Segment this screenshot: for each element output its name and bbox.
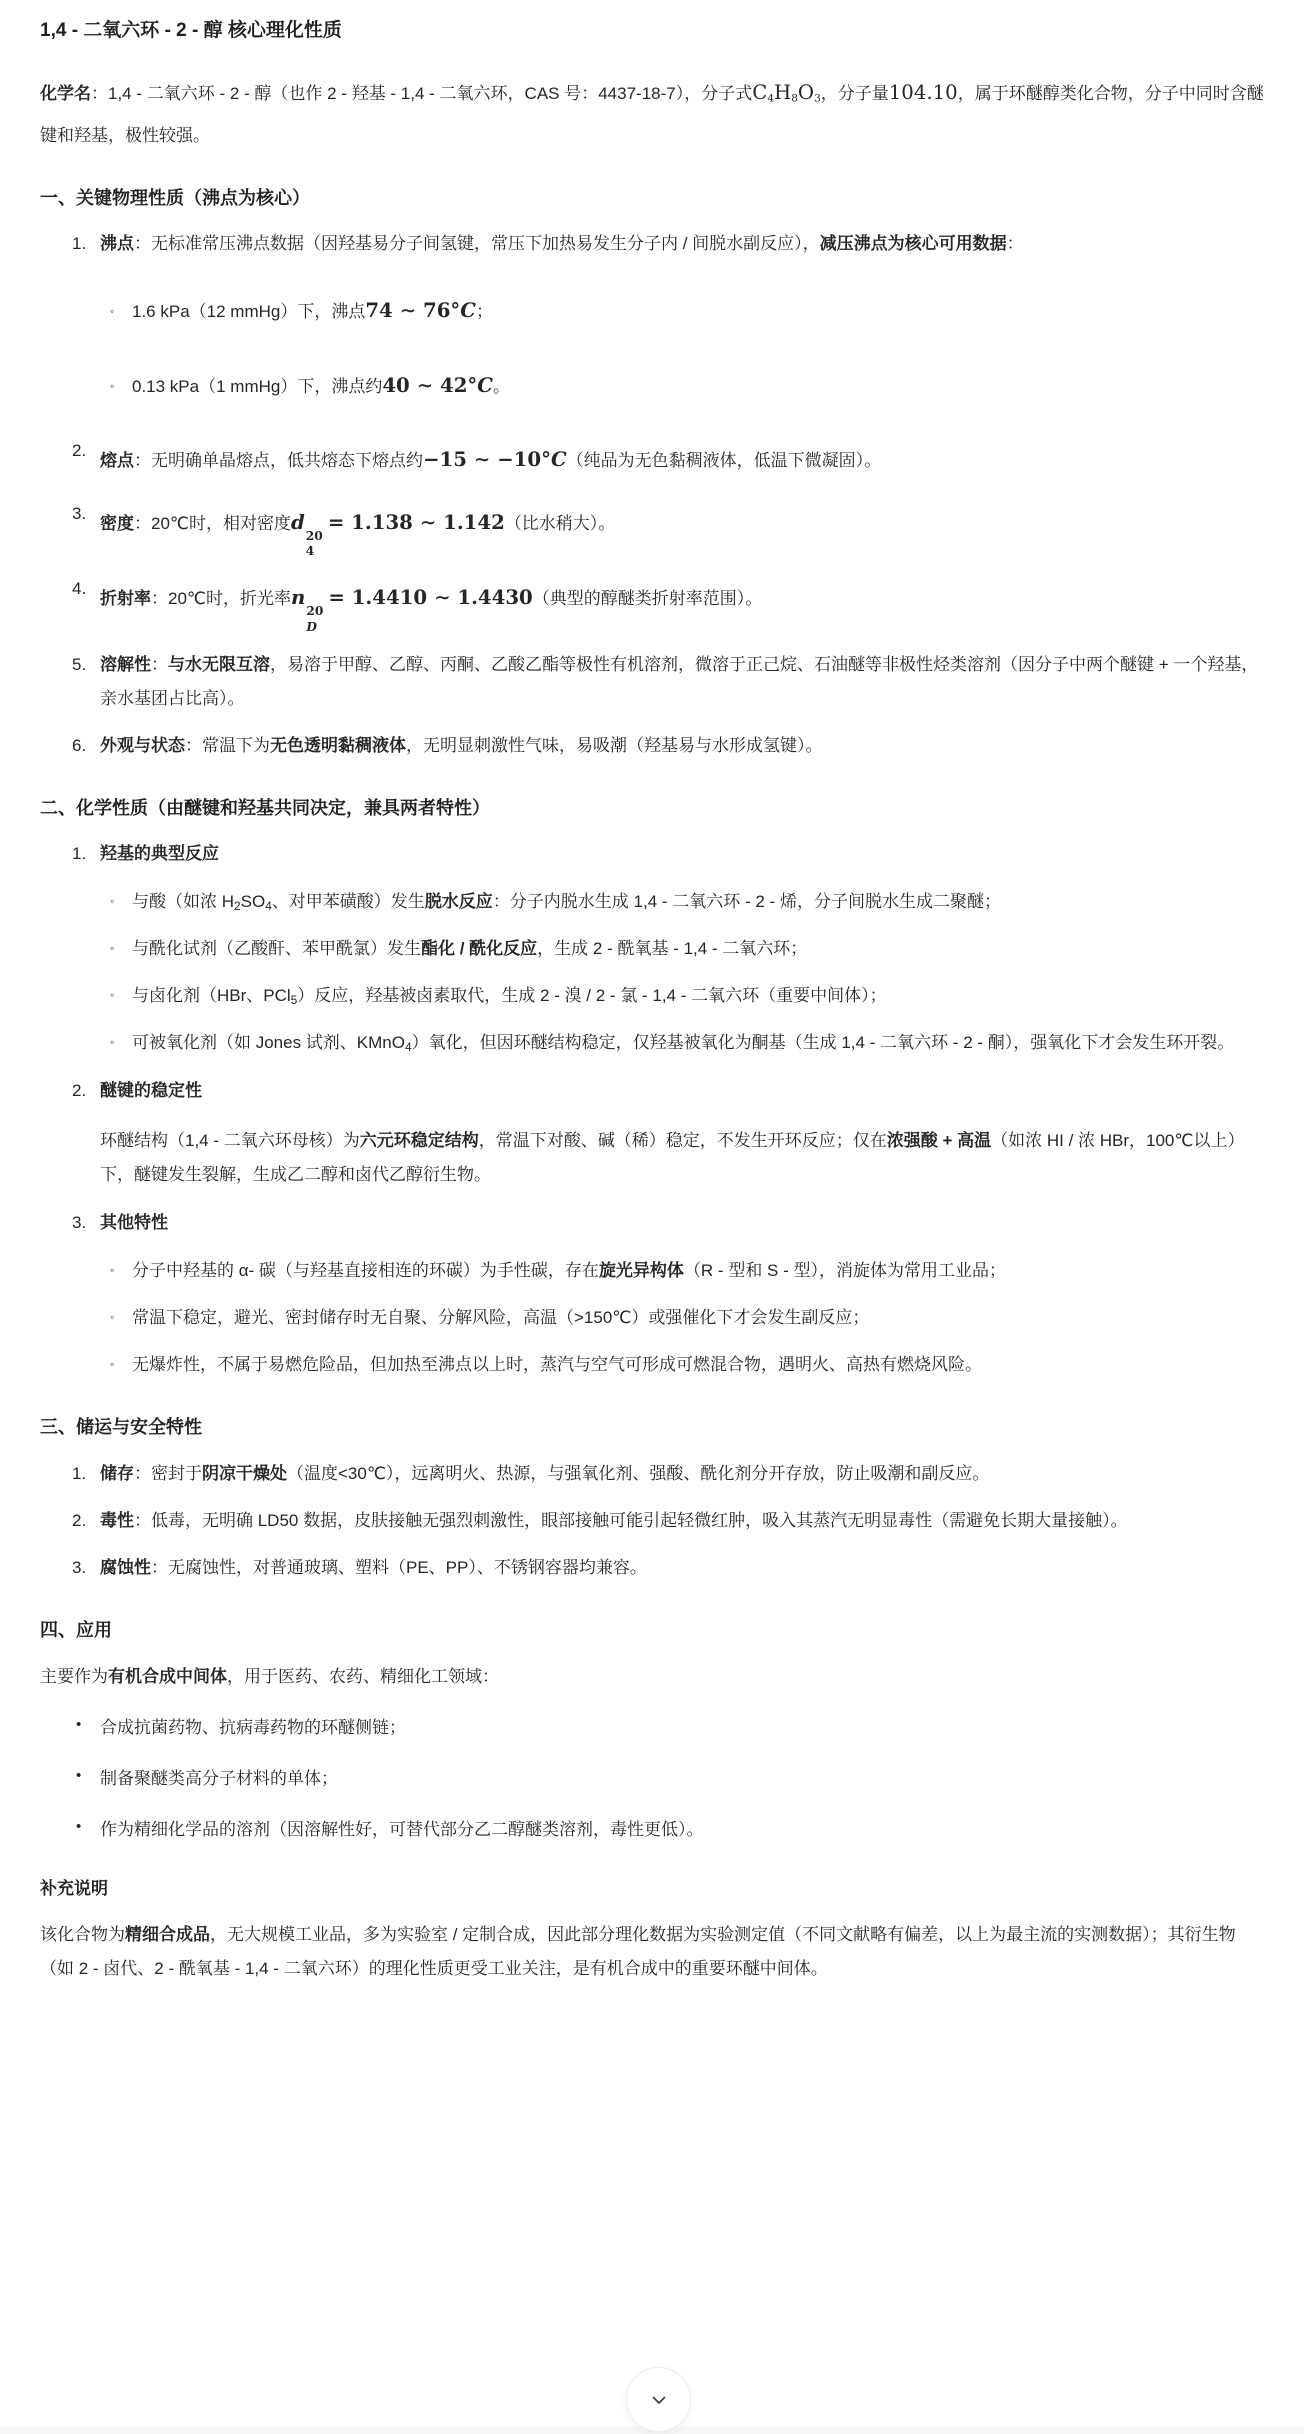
list-item: ◦与酸（如浓 H2SO4、对甲苯磺酸）发生脱水反应：分子内脱水生成 1,4 - … (110, 885, 1264, 919)
list-number: 3. (72, 1206, 86, 1240)
list-item-other-traits: 3. 其他特性 ◦分子中羟基的 α- 碳（与羟基直接相连的环碳）为手性碳，存在旋… (100, 1206, 1264, 1382)
list-item: •制备聚醚类高分子材料的单体； (100, 1762, 1264, 1796)
list-item-storage: 1. 储存：密封于阴凉干燥处（温度<30℃），远离明火、热源，与强氧化剂、强酸、… (100, 1457, 1264, 1491)
list-item-hydroxyl-reactions: 1. 羟基的典型反应 ◦与酸（如浓 H2SO4、对甲苯磺酸）发生脱水反应：分子内… (100, 837, 1264, 1060)
list-item-text: 其他特性 (100, 1213, 168, 1232)
list-item-density: 3. 密度：20℃时，相对密度d204= 1.138 ∼ 1.142（比水稍大）… (100, 497, 1264, 559)
chemical-properties-list: 1. 羟基的典型反应 ◦与酸（如浓 H2SO4、对甲苯磺酸）发生脱水反应：分子内… (40, 837, 1264, 1382)
list-item-text: 熔点：无明确单晶熔点，低共熔态下熔点约−15 ∼ −10°C（纯品为无色黏稠液体… (100, 451, 881, 470)
list-item: •合成抗菌药物、抗病毒药物的环醚侧链； (100, 1711, 1264, 1745)
list-number: 2. (72, 1504, 86, 1538)
boiling-point-sublist: ◦1.6 kPa（12 mmHg）下，沸点74 ∼ 76°C； ◦0.13 kP… (100, 285, 1264, 410)
scroll-to-bottom-button[interactable] (626, 2367, 691, 2432)
disc-bullet-icon: • (76, 1812, 81, 1842)
list-item-text: 作为精细化学品的溶剂（因溶解性好，可替代部分乙二醇醚类溶剂，毒性更低）。 (100, 1820, 704, 1839)
list-item-text: 外观与状态：常温下为无色透明黏稠液体，无明显刺激性气味，易吸潮（羟基易与水形成氢… (100, 736, 823, 755)
list-item-text: 储存：密封于阴凉干燥处（温度<30℃），远离明火、热源，与强氧化剂、强酸、酰化剂… (100, 1464, 989, 1483)
list-item-text: 腐蚀性：无腐蚀性，对普通玻璃、塑料（PE、PP）、不锈钢容器均兼容。 (100, 1558, 647, 1577)
ether-stability-paragraph: 环醚结构（1,4 - 二氧六环母核）为六元环稳定结构，常温下对酸、碱（稀）稳定，… (100, 1124, 1264, 1192)
circle-bullet-icon: ◦ (110, 299, 132, 323)
circle-bullet-icon: ◦ (110, 983, 132, 1007)
list-item-text: 0.13 kPa（1 mmHg）下，沸点约40 ∼ 42°C。 (132, 377, 510, 396)
list-number: 1. (72, 837, 86, 871)
circle-bullet-icon: ◦ (110, 936, 132, 960)
list-item: ◦1.6 kPa（12 mmHg）下，沸点74 ∼ 76°C； (110, 285, 1264, 335)
list-item-text: 制备聚醚类高分子材料的单体； (100, 1769, 338, 1788)
doc-title: 1,4 - 二氧六环 - 2 - 醇 核心理化性质 (40, 16, 1264, 46)
circle-bullet-icon: ◦ (110, 1305, 132, 1329)
list-item: •作为精细化学品的溶剂（因溶解性好，可替代部分乙二醇醚类溶剂，毒性更低）。 (100, 1813, 1264, 1847)
hydroxyl-reactions-sublist: ◦与酸（如浓 H2SO4、对甲苯磺酸）发生脱水反应：分子内脱水生成 1,4 - … (100, 885, 1264, 1060)
list-item: ◦与酰化试剂（乙酸酐、苯甲酰氯）发生酯化 / 酰化反应，生成 2 - 酰氧基 -… (110, 932, 1264, 966)
disc-bullet-icon: • (76, 1710, 81, 1740)
list-item-text: 无爆炸性，不属于易燃危险品，但加热至沸点以上时，蒸汽与空气可形成可燃混合物，遇明… (132, 1355, 982, 1374)
list-item-text: 折射率：20℃时，折光率n20D= 1.4410 ∼ 1.4430（典型的醇醚类… (100, 589, 762, 608)
physical-properties-list: 1. 沸点：无标准常压沸点数据（因羟基易分子间氢键，常压下加热易发生分子内 / … (40, 227, 1264, 763)
list-number: 2. (72, 434, 86, 468)
list-item-text: 可被氧化剂（如 Jones 试剂、KMnO4）氧化，但因环醚结构稳定，仅羟基被氧… (132, 1033, 1234, 1052)
list-item-text: 与酸（如浓 H2SO4、对甲苯磺酸）发生脱水反应：分子内脱水生成 1,4 - 二… (132, 892, 1001, 911)
list-item-melting-point: 2. 熔点：无明确单晶熔点，低共熔态下熔点约−15 ∼ −10°C（纯品为无色黏… (100, 434, 1264, 484)
list-item-text: 与卤化剂（HBr、PCl5）反应，羟基被卤素取代，生成 2 - 溴 / 2 - … (132, 986, 887, 1005)
circle-bullet-icon: ◦ (110, 374, 132, 398)
list-item-toxicity: 2. 毒性：低毒，无明确 LD50 数据，皮肤接触无强烈刺激性，眼部接触可能引起… (100, 1504, 1264, 1538)
list-number: 1. (72, 1457, 86, 1491)
chat-answer-document: 1,4 - 二氧六环 - 2 - 醇 核心理化性质 化学名：1,4 - 二氧六环… (0, 0, 1304, 2080)
list-number: 5. (72, 648, 86, 682)
list-item-boiling-point: 1. 沸点：无标准常压沸点数据（因羟基易分子间氢键，常压下加热易发生分子内 / … (100, 227, 1264, 410)
list-item: ◦分子中羟基的 α- 碳（与羟基直接相连的环碳）为手性碳，存在旋光异构体（R -… (110, 1254, 1264, 1288)
circle-bullet-icon: ◦ (110, 1258, 132, 1282)
list-item: ◦常温下稳定，避光、密封储存时无自聚、分解风险，高温（>150℃）或强催化下才会… (110, 1301, 1264, 1335)
circle-bullet-icon: ◦ (110, 1352, 132, 1376)
list-item-text: 常温下稳定，避光、密封储存时无自聚、分解风险，高温（>150℃）或强催化下才会发… (132, 1308, 869, 1327)
list-item-text: 羟基的典型反应 (100, 844, 219, 863)
list-item-text: 合成抗菌药物、抗病毒药物的环醚侧链； (100, 1718, 406, 1737)
list-item-text: 分子中羟基的 α- 碳（与羟基直接相连的环碳）为手性碳，存在旋光异构体（R - … (132, 1261, 1006, 1280)
disc-bullet-icon: • (76, 1761, 81, 1791)
list-number: 4. (72, 572, 86, 606)
list-item-text: 密度：20℃时，相对密度d204= 1.138 ∼ 1.142（比水稍大）。 (100, 514, 615, 533)
list-number: 6. (72, 729, 86, 763)
intro-paragraph: 化学名：1,4 - 二氧六环 - 2 - 醇（也作 2 - 羟基 - 1,4 -… (40, 68, 1264, 152)
list-number: 3. (72, 497, 86, 531)
list-number: 3. (72, 1551, 86, 1585)
section-2-heading: 二、化学性质（由醚键和羟基共同决定，兼具两者特性） (40, 793, 1264, 824)
list-item-appearance: 6. 外观与状态：常温下为无色透明黏稠液体，无明显刺激性气味，易吸潮（羟基易与水… (100, 729, 1264, 763)
list-item-text: 毒性：低毒，无明确 LD50 数据，皮肤接触无强烈刺激性，眼部接触可能引起轻微红… (100, 1511, 1128, 1530)
other-traits-sublist: ◦分子中羟基的 α- 碳（与羟基直接相连的环碳）为手性碳，存在旋光异构体（R -… (100, 1254, 1264, 1382)
list-number: 1. (72, 227, 86, 261)
list-item-text: 沸点：无标准常压沸点数据（因羟基易分子间氢键，常压下加热易发生分子内 / 间脱水… (100, 234, 1024, 253)
list-item-corrosivity: 3. 腐蚀性：无腐蚀性，对普通玻璃、塑料（PE、PP）、不锈钢容器均兼容。 (100, 1551, 1264, 1585)
list-item: ◦无爆炸性，不属于易燃危险品，但加热至沸点以上时，蒸汽与空气可形成可燃混合物，遇… (110, 1348, 1264, 1382)
chevron-down-icon (647, 2388, 671, 2412)
list-item-text: 溶解性：与水无限互溶，易溶于甲醇、乙醇、丙酮、乙酸乙酯等极性有机溶剂，微溶于正己… (100, 655, 1258, 708)
list-item-text: 与酰化试剂（乙酸酐、苯甲酰氯）发生酯化 / 酰化反应，生成 2 - 酰氧基 - … (132, 939, 807, 958)
section-1-heading: 一、关键物理性质（沸点为核心） (40, 183, 1264, 214)
list-item-refractive-index: 4. 折射率：20℃时，折光率n20D= 1.4410 ∼ 1.4430（典型的… (100, 572, 1264, 634)
supplement-paragraph: 该化合物为精细合成品，无大规模工业品，多为实验室 / 定制合成，因此部分理化数据… (40, 1918, 1264, 1986)
list-item-ether-stability: 2. 醚键的稳定性 环醚结构（1,4 - 二氧六环母核）为六元环稳定结构，常温下… (100, 1074, 1264, 1192)
section-4-heading: 四、应用 (40, 1615, 1264, 1646)
list-number: 2. (72, 1074, 86, 1108)
list-item-text: 醚键的稳定性 (100, 1081, 202, 1100)
list-item-solubility: 5. 溶解性：与水无限互溶，易溶于甲醇、乙醇、丙酮、乙酸乙酯等极性有机溶剂，微溶… (100, 648, 1264, 716)
circle-bullet-icon: ◦ (110, 889, 132, 913)
list-item-text: 1.6 kPa（12 mmHg）下，沸点74 ∼ 76°C； (132, 302, 493, 321)
list-item: ◦可被氧化剂（如 Jones 试剂、KMnO4）氧化，但因环醚结构稳定，仅羟基被… (110, 1026, 1264, 1060)
application-lead-paragraph: 主要作为有机合成中间体，用于医药、农药、精细化工领域： (40, 1660, 1264, 1694)
section-3-heading: 三、储运与安全特性 (40, 1412, 1264, 1443)
list-item: ◦0.13 kPa（1 mmHg）下，沸点约40 ∼ 42°C。 (110, 360, 1264, 410)
circle-bullet-icon: ◦ (110, 1030, 132, 1054)
application-list: •合成抗菌药物、抗病毒药物的环醚侧链； •制备聚醚类高分子材料的单体； •作为精… (40, 1711, 1264, 1847)
supplement-heading: 补充说明 (40, 1875, 1264, 1904)
storage-safety-list: 1. 储存：密封于阴凉干燥处（温度<30℃），远离明火、热源，与强氧化剂、强酸、… (40, 1457, 1264, 1585)
list-item: ◦与卤化剂（HBr、PCl5）反应，羟基被卤素取代，生成 2 - 溴 / 2 -… (110, 979, 1264, 1013)
